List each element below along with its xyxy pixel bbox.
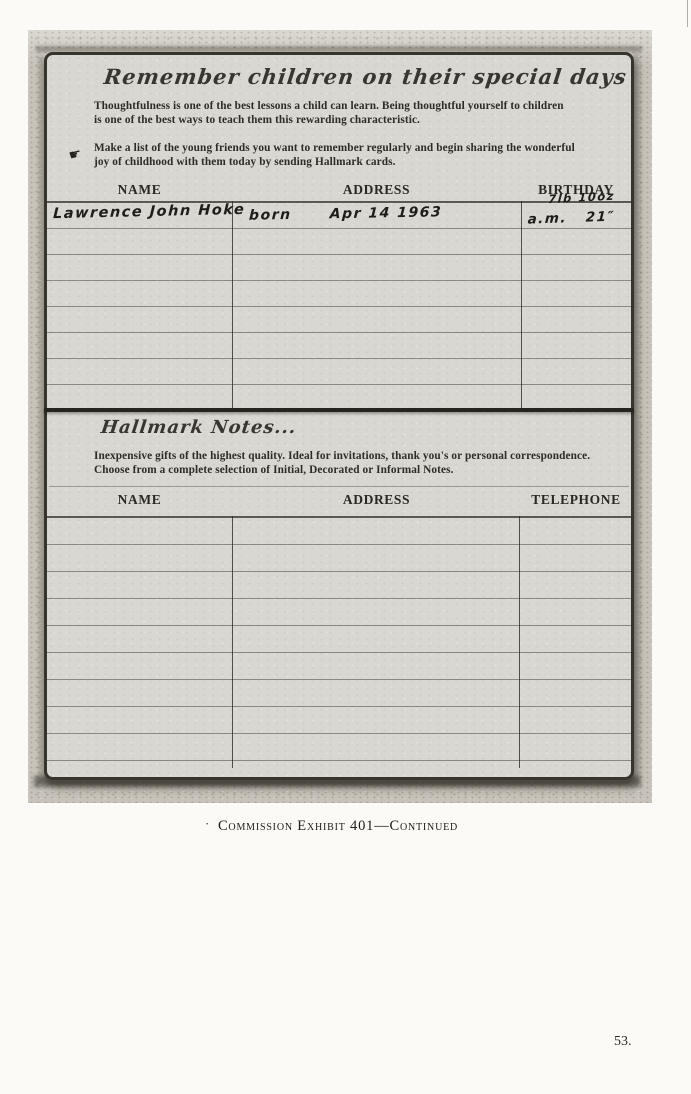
table-row — [47, 707, 631, 734]
scan-artifact-line — [687, 0, 688, 27]
table-row — [47, 281, 631, 307]
table-row — [47, 545, 631, 572]
table-row — [47, 229, 631, 255]
notes-table-ruled-rows — [47, 516, 631, 761]
page-number: 53. — [614, 1034, 632, 1050]
table-row — [47, 518, 631, 545]
table-row — [47, 734, 631, 761]
column-header-name: NAME — [47, 492, 232, 512]
table-row — [47, 680, 631, 707]
table-row — [47, 307, 631, 333]
section-heavy-divider — [44, 408, 634, 412]
section-title-hallmark-notes: Hallmark Notes... — [100, 417, 298, 438]
column-header-address: ADDRESS — [232, 492, 521, 512]
table-row — [47, 359, 631, 385]
column-header-name: NAME — [47, 182, 232, 202]
address-book-page-card: Remember children on their special days … — [44, 52, 634, 780]
exhibit-caption: Commission Exhibit 401—Continued — [0, 818, 676, 835]
notes-table-column-divider-1 — [232, 516, 233, 768]
birthday-table-column-divider-1 — [232, 201, 233, 409]
table-row — [47, 333, 631, 359]
section2-intro-paragraph: Inexpensive gifts of the highest quality… — [94, 450, 599, 478]
birthday-table-column-divider-2 — [521, 201, 522, 409]
table-row — [47, 255, 631, 281]
notes-table-column-divider-2 — [519, 516, 520, 768]
table-row — [47, 572, 631, 599]
section2-faint-rule — [49, 486, 629, 487]
section1-intro-paragraph: Thoughtfulness is one of the best lesson… — [94, 100, 572, 128]
notes-table-header-row: NAME ADDRESS TELEPHONE — [47, 492, 631, 512]
column-header-address: ADDRESS — [232, 182, 521, 202]
table-row — [47, 626, 631, 653]
scanned-exhibit-photo: Remember children on their special days … — [28, 30, 652, 803]
section-title-remember-children: Remember children on their special days — [102, 64, 628, 89]
table-row — [47, 599, 631, 626]
pointing-hand-icon: ☛ — [67, 146, 83, 165]
column-header-telephone: TELEPHONE — [521, 492, 631, 512]
section1-cta-paragraph: Make a list of the young friends you wan… — [94, 142, 576, 170]
table-row — [47, 653, 631, 680]
birthday-table-ruled-rows — [47, 201, 631, 411]
handwritten-birth-date: born Apr 14 1963 — [249, 204, 443, 223]
